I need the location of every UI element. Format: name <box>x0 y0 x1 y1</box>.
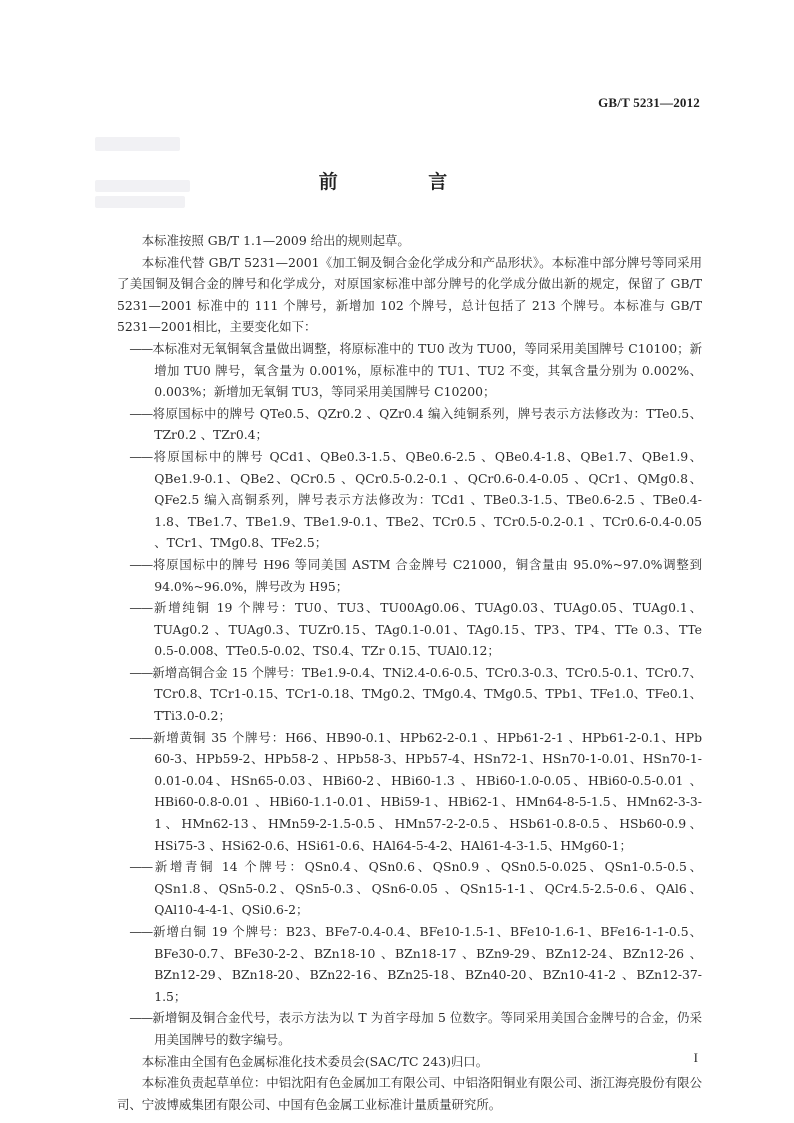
list-item: ——将原国标中的牌号 H96 等同美国 ASTM 合金牌号 C21000，铜含量… <box>117 554 702 597</box>
page-number: I <box>694 1050 698 1066</box>
paragraph-committee: 本标准由全国有色金属标准化技术委员会(SAC/TC 243)归口。 <box>117 1051 702 1073</box>
changes-list: ——本标准对无氧铜氧含量做出调整，将原标准中的 TU0 改为 TU00，等同采用… <box>117 338 702 1051</box>
list-item: ——新增高铜合金 15 个牌号：TBe1.9-0.4、TNi2.4-0.6-0.… <box>117 662 702 727</box>
scan-show-through <box>95 196 185 208</box>
list-item: ——将原国标中的牌号 QCd1、QBe0.3-1.5、QBe0.6-2.5 、Q… <box>117 446 702 554</box>
list-item: ——新增纯铜 19 个牌号：TU0、TU3、TU00Ag0.06、TUAg0.0… <box>117 597 702 662</box>
paragraph-drafting-rule: 本标准按照 GB/T 1.1—2009 给出的规则起草。 <box>117 230 702 252</box>
dash-bullet: —— <box>129 730 152 745</box>
dash-bullet: —— <box>129 1010 152 1025</box>
dash-bullet: —— <box>129 859 152 874</box>
dash-bullet: —— <box>129 406 152 421</box>
document-code: GB/T 5231—2012 <box>598 95 700 111</box>
list-item: ——本标准对无氧铜氧含量做出调整，将原标准中的 TU0 改为 TU00，等同采用… <box>117 338 702 403</box>
scan-show-through <box>95 137 180 151</box>
dash-bullet: —— <box>129 341 152 356</box>
page-title: 前 言 <box>0 167 794 194</box>
dash-bullet: —— <box>129 557 152 572</box>
dash-bullet: —— <box>129 449 152 464</box>
list-item: ——新增黄铜 35 个牌号：H66、HB90-0.1、HPb62-2-0.1 、… <box>117 727 702 857</box>
dash-bullet: —— <box>129 924 152 939</box>
dash-bullet: —— <box>129 665 152 680</box>
list-item: ——将原国标中的牌号 QTe0.5、QZr0.2 、QZr0.4 编入纯铜系列，… <box>117 403 702 446</box>
list-item: ——新增铜及铜合金代号，表示方法为以 T 为首字母加 5 位数字。等同采用美国合… <box>117 1007 702 1050</box>
paragraph-replacement: 本标准代替 GB/T 5231—2001《加工铜及铜合金化学成分和产品形状》。本… <box>117 252 702 338</box>
list-item: ——新增青铜 14 个牌号：QSn0.4、QSn0.6、QSn0.9 、QSn0… <box>117 856 702 921</box>
list-item: ——新增白铜 19 个牌号：B23、BFe7-0.4-0.4、BFe10-1.5… <box>117 921 702 1007</box>
preface-body: 本标准按照 GB/T 1.1—2009 给出的规则起草。 本标准代替 GB/T … <box>117 230 702 1115</box>
paragraph-drafting-units: 本标准负责起草单位：中铝沈阳有色金属加工有限公司、中铝洛阳铜业有限公司、浙江海亮… <box>117 1072 702 1115</box>
dash-bullet: —— <box>129 600 152 615</box>
